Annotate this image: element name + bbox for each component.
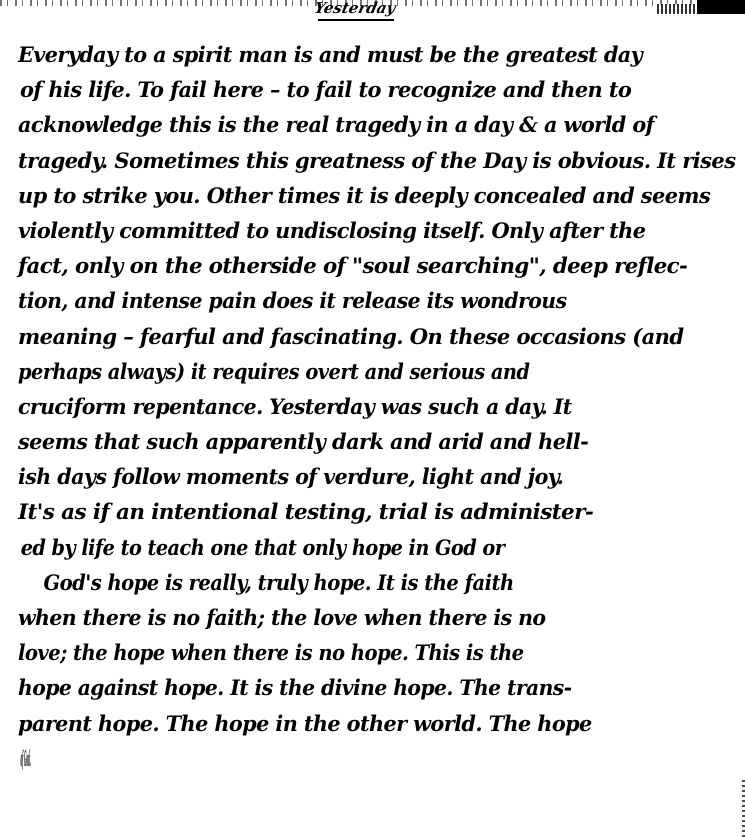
text-line: love; the hope when there is no hope. Th… [18, 636, 678, 671]
page-title: Yesterday [298, 0, 411, 16]
text-line: seems that such apparently dark and arid… [18, 425, 723, 460]
text-line: perhaps always) it requires overt and se… [18, 355, 673, 390]
scanner-noise-corner [697, 0, 745, 14]
text-line: of his life. To fail here – to fail to r… [18, 73, 723, 108]
text-line: acknowledge this is the real tragedy in … [18, 108, 718, 143]
text-line: God's hope is really, truly hope. It is … [18, 566, 678, 601]
scanned-page: Yesterday Everyday to a spirit man is an… [0, 0, 745, 837]
text-line: violently committed to undisclosing itse… [18, 214, 720, 249]
text-line: ish days follow moments of verdure, ligh… [18, 460, 713, 495]
text-line: tragedy. Sometimes this greatness of the… [18, 144, 727, 179]
text-line: fact, only on the otherside of "soul sea… [18, 249, 736, 284]
text-line: when there is no faith; the love when th… [18, 601, 708, 636]
text-line: cruciform repentance. Yesterday was such… [18, 390, 708, 425]
scanner-noise-corner-fade [657, 4, 697, 14]
text-line: meaning – fearful and fascinating. On th… [18, 320, 728, 355]
text-line: parent hope. The hope in the other world… [18, 707, 718, 742]
text-line: It's as if an intentional testing, trial… [18, 495, 743, 530]
text-line: hope against hope. It is the divine hope… [18, 671, 703, 706]
text-line: ed by life to teach one that only hope i… [18, 531, 668, 566]
text-line: Everyday to a spirit man is and must be … [18, 38, 718, 73]
title-underline [318, 19, 394, 21]
handwritten-body: Everyday to a spirit man is and must be … [18, 38, 743, 777]
text-line: up to strike you. Other times it is deep… [18, 179, 723, 214]
text-line: tion, and intense pain does it release i… [18, 284, 706, 319]
text-line: of God. [18, 742, 108, 777]
